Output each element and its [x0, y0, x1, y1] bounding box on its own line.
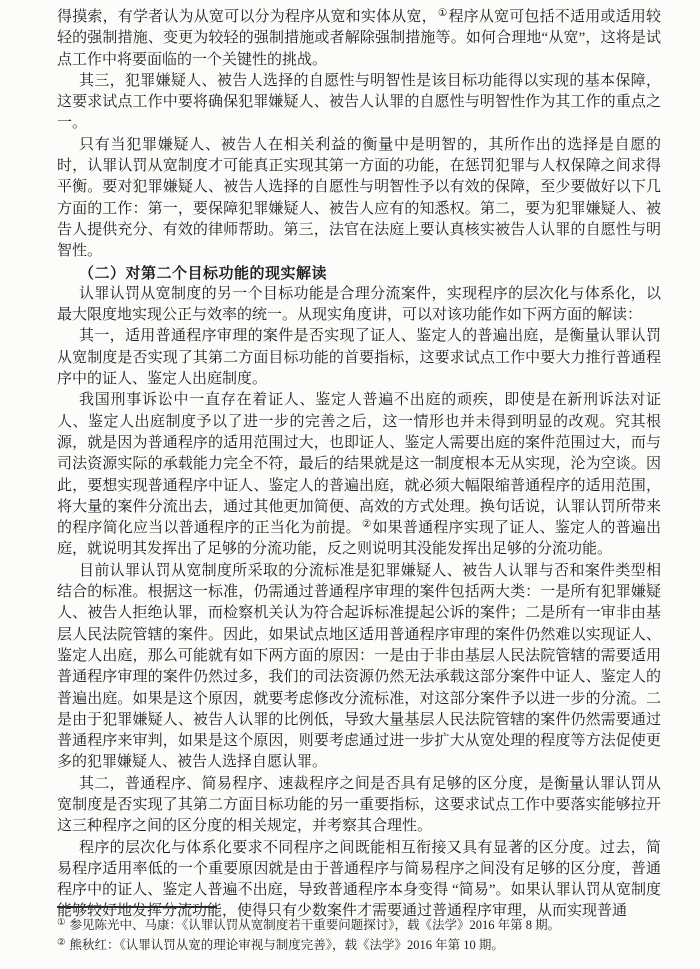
paragraph-continuation: 得摸索，有学者认为从宽可以分为程序从宽和实体从宽，①程序从宽可包括不适用或适用较… — [57, 7, 661, 71]
footnote-2-marker: ② — [57, 938, 66, 948]
footnote-2-text: 熊秋红：《认罪认罚从宽的理论审视与制度完善》，载《法学》2016 年第 10 期… — [70, 938, 504, 952]
footnote-ref-2: ② — [362, 519, 372, 530]
footnote-ref-1: ① — [438, 8, 448, 19]
paragraph: 我国刑事诉讼中一直存在着证人、鉴定人普遍不出庭的顽疾，即使是在新刑诉法对证人、鉴… — [57, 390, 661, 560]
paragraph: 只有当犯罪嫌疑人、被告人在相关利益的衡量中是明智的，其所作出的选择是自愿的时，认… — [57, 135, 661, 263]
paragraph: 其一，适用普通程序审理的案件是否实现了证人、鉴定人的普遍出庭，是衡量认罪认罚从宽… — [57, 326, 661, 390]
section-heading: （二）对第二个目标功能的现实解读 — [57, 263, 661, 284]
paragraph-text: 得摸索，有学者认为从宽可以分为程序从宽和实体从宽， — [57, 9, 437, 25]
paragraph: 其三，犯罪嫌疑人、被告人选择的自愿性与明智性是该目标功能得以实现的基本保障，这要… — [57, 71, 661, 135]
document-page: 得摸索，有学者认为从宽可以分为程序从宽和实体从宽，①程序从宽可包括不适用或适用较… — [0, 0, 700, 969]
footnote-1: ①参见陈光中、马康：《认罪认罚从宽制度若干重要问题探讨》，载《法学》2016 年… — [57, 915, 661, 935]
paragraph: 认罪认罚从宽制度的另一个目标功能是合理分流案件，实现程序的层次化与体系化，以最大… — [57, 284, 661, 327]
footnote-2: ②熊秋红：《认罪认罚从宽的理论审视与制度完善》，载《法学》2016 年第 10 … — [57, 935, 661, 955]
paragraph: 目前认罪认罚从宽制度所采取的分流标准是犯罪嫌疑人、被告人认罪与否和案件类型相结合… — [57, 561, 661, 774]
paragraph: 其二，普通程序、简易程序、速裁程序之间是否具有足够的区分度，是衡量认罪认罚从宽制… — [57, 774, 661, 838]
article-body: 得摸索，有学者认为从宽可以分为程序从宽和实体从宽，①程序从宽可包括不适用或适用较… — [57, 7, 661, 923]
footnotes-section: ①参见陈光中、马康：《认罪认罚从宽制度若干重要问题探讨》，载《法学》2016 年… — [57, 906, 661, 955]
footnote-1-text: 参见陈光中、马康：《认罪认罚从宽制度若干重要问题探讨》，载《法学》2016 年第… — [70, 918, 561, 932]
footnote-separator-line — [57, 906, 217, 908]
footnote-1-marker: ① — [57, 918, 66, 928]
paragraph-text: 我国刑事诉讼中一直存在着证人、鉴定人普遍不出庭的顽疾，即使是在新刑诉法对证人、鉴… — [57, 392, 661, 536]
